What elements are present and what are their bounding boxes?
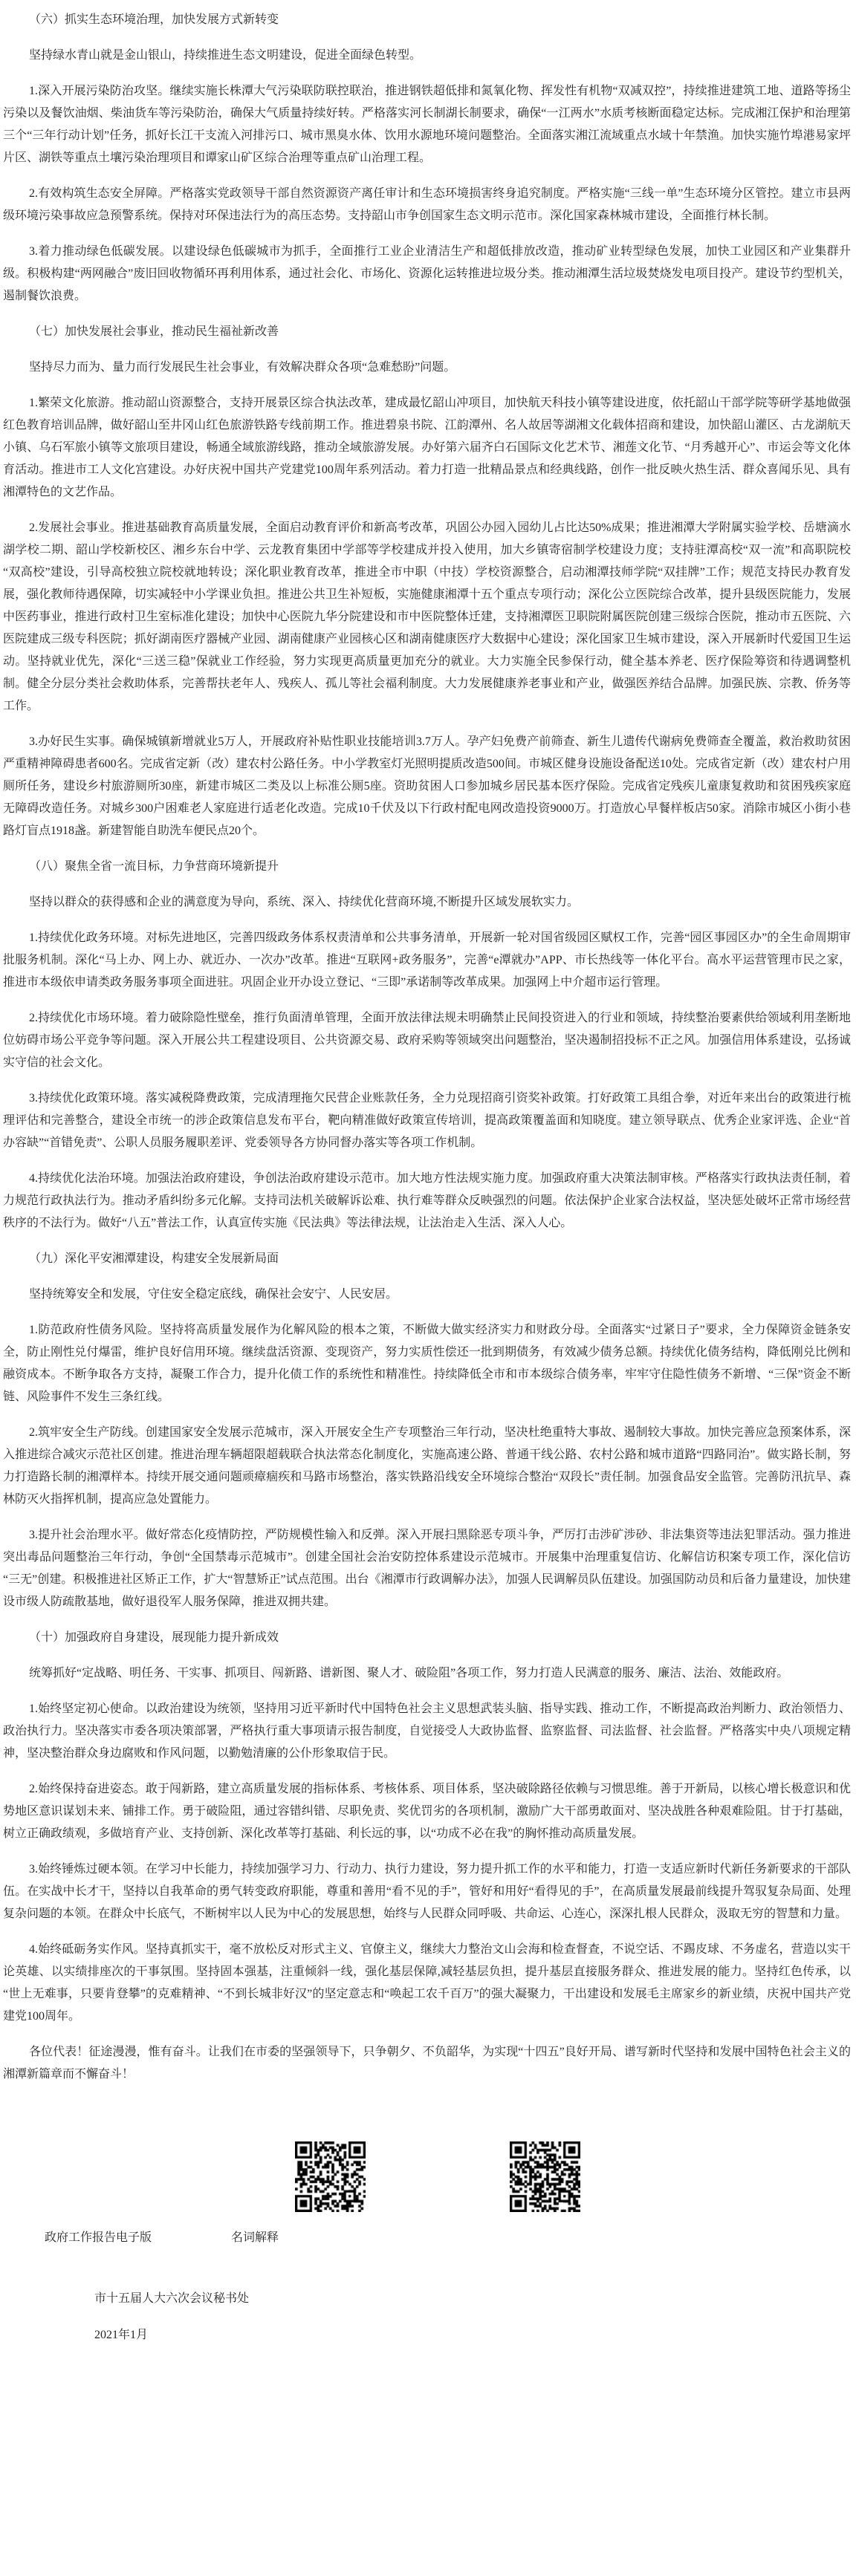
paragraph: 4.持续优化法治环境。加强法治政府建设，争创法治政府建设示范市。加大地方性法规实…: [3, 1168, 851, 1235]
qr-row: [3, 2141, 851, 2212]
section-heading-7: （七）加快发展社会事业，推动民生福祉新改善: [3, 321, 851, 343]
paragraph: 1.持续优化政务环境。对标先进地区，完善四级政务体系权责清单和公共事务清单，开展…: [3, 927, 851, 994]
section-heading-8: （八）聚焦全省一流目标，力争营商环境新提升: [3, 856, 851, 878]
paragraph: 4.始终砥砺务实作风。坚持真抓实干，毫不放松反对形式主义、官僚主义，继续大力整治…: [3, 1939, 851, 2028]
section-intro-7: 坚持尽力而为、量力而行发展民生社会事业，有效解决群众各项“急难愁盼”问题。: [3, 357, 851, 379]
date-line: 2021年1月: [3, 2324, 851, 2346]
section-intro-8: 坚持以群众的获得感和企业的满意度为导向，系统、深入、持续优化营商环境,不断提升区…: [3, 891, 851, 914]
qr-code-glossary: [510, 2141, 580, 2212]
paragraph: 2.有效构筑生态安全屏障。严格落实党政领导干部自然资源资产离任审计和生态环境损害…: [3, 183, 851, 227]
qr-caption-report-ebook: 政府工作报告电子版: [45, 2227, 152, 2249]
paragraph: 3.提升社会治理水平。做好常态化疫情防控，严防规模性输入和反弹。深入开展扫黑除恶…: [3, 1524, 851, 1613]
paragraph: 3.持续优化政策环境。落实减税降费政策，完成清理拖欠民营企业账款任务，全力兑现招…: [3, 1087, 851, 1154]
paragraph: 2.始终保持奋进姿态。敢于闯新路，建立高质量发展的指标体系、考核体系、项目体系，…: [3, 1778, 851, 1845]
report-document-page: （六）抓实生态环境治理，加快发展方式新转变 坚持绿水青山就是金山银山，持续推进生…: [0, 0, 856, 2382]
paragraph: 1.繁荣文化旅游。推动韶山资源整合，支持开展景区综合执法改革，建成最忆韶山冲项目…: [3, 392, 851, 504]
paragraph: 2.持续优化市场环境。着力破除隐性壁垒，推行负面清单管理，全面开放法律法规未明确…: [3, 1007, 851, 1074]
paragraph: 3.办好民生实事。确保城镇新增就业5万人，开展政府补贴性职业技能培训3.7万人。…: [3, 731, 851, 842]
paragraph: 1.深入开展污染防治攻坚。继续实施长株潭大气污染联防联控联治，推进钢铁超低排和氮…: [3, 80, 851, 169]
section-intro-9: 坚持统筹安全和发展，守住安全稳定底线，确保社会安宁、人民安居。: [3, 1284, 851, 1306]
closing-paragraph: 各位代表！征途漫漫，惟有奋斗。让我们在市委的坚强领导下，只争朝夕、不负韶华，为实…: [3, 2041, 851, 2086]
paragraph: 2.发展社会事业。推进基础教育高质量发展，全面启动教育评价和新高考改革，巩固公办…: [3, 517, 851, 718]
qr-caption-row: 政府工作报告电子版 名词解释: [3, 2227, 851, 2243]
section-heading-10: （十）加强政府自身建设，展现能力提升新成效: [3, 1627, 851, 1649]
paragraph: 1.防范政府性债务风险。坚持将高质量发展作为化解风险的根本之策，不断做大做实经济…: [3, 1319, 851, 1408]
section-heading-6: （六）抓实生态环境治理，加快发展方式新转变: [3, 9, 851, 31]
paragraph: 3.始终锤炼过硬本领。在学习中长能力，持续加强学习力、行动力、执行力建设，努力提…: [3, 1858, 851, 1925]
section-intro-6: 坚持绿水青山就是金山银山，持续推进生态文明建设，促进全面绿色转型。: [3, 45, 851, 67]
qr-code-report-ebook: [295, 2141, 366, 2212]
paragraph: 2.筑牢安全生产防线。创建国家安全发展示范城市，深入开展安全生产专项整治三年行动…: [3, 1422, 851, 1511]
section-heading-9: （九）深化平安湘潭建设，构建安全发展新局面: [3, 1248, 851, 1270]
qr-caption-glossary: 名词解释: [231, 2227, 279, 2249]
paragraph: 3.着力推动绿色低碳发展。以建设绿色低碳城市为抓手，全面推行工业企业清洁生产和超…: [3, 241, 851, 308]
secretariat-line: 市十五届人大六次会议秘书处: [3, 2288, 851, 2310]
paragraph: 1.始终坚定初心使命。以政治建设为统领，坚持用习近平新时代中国特色社会主义思想武…: [3, 1698, 851, 1765]
section-intro-10: 统筹抓好“定战略、明任务、干实事、抓项目、闯新路、谱新图、聚人才、破险阻”各项工…: [3, 1662, 851, 1685]
